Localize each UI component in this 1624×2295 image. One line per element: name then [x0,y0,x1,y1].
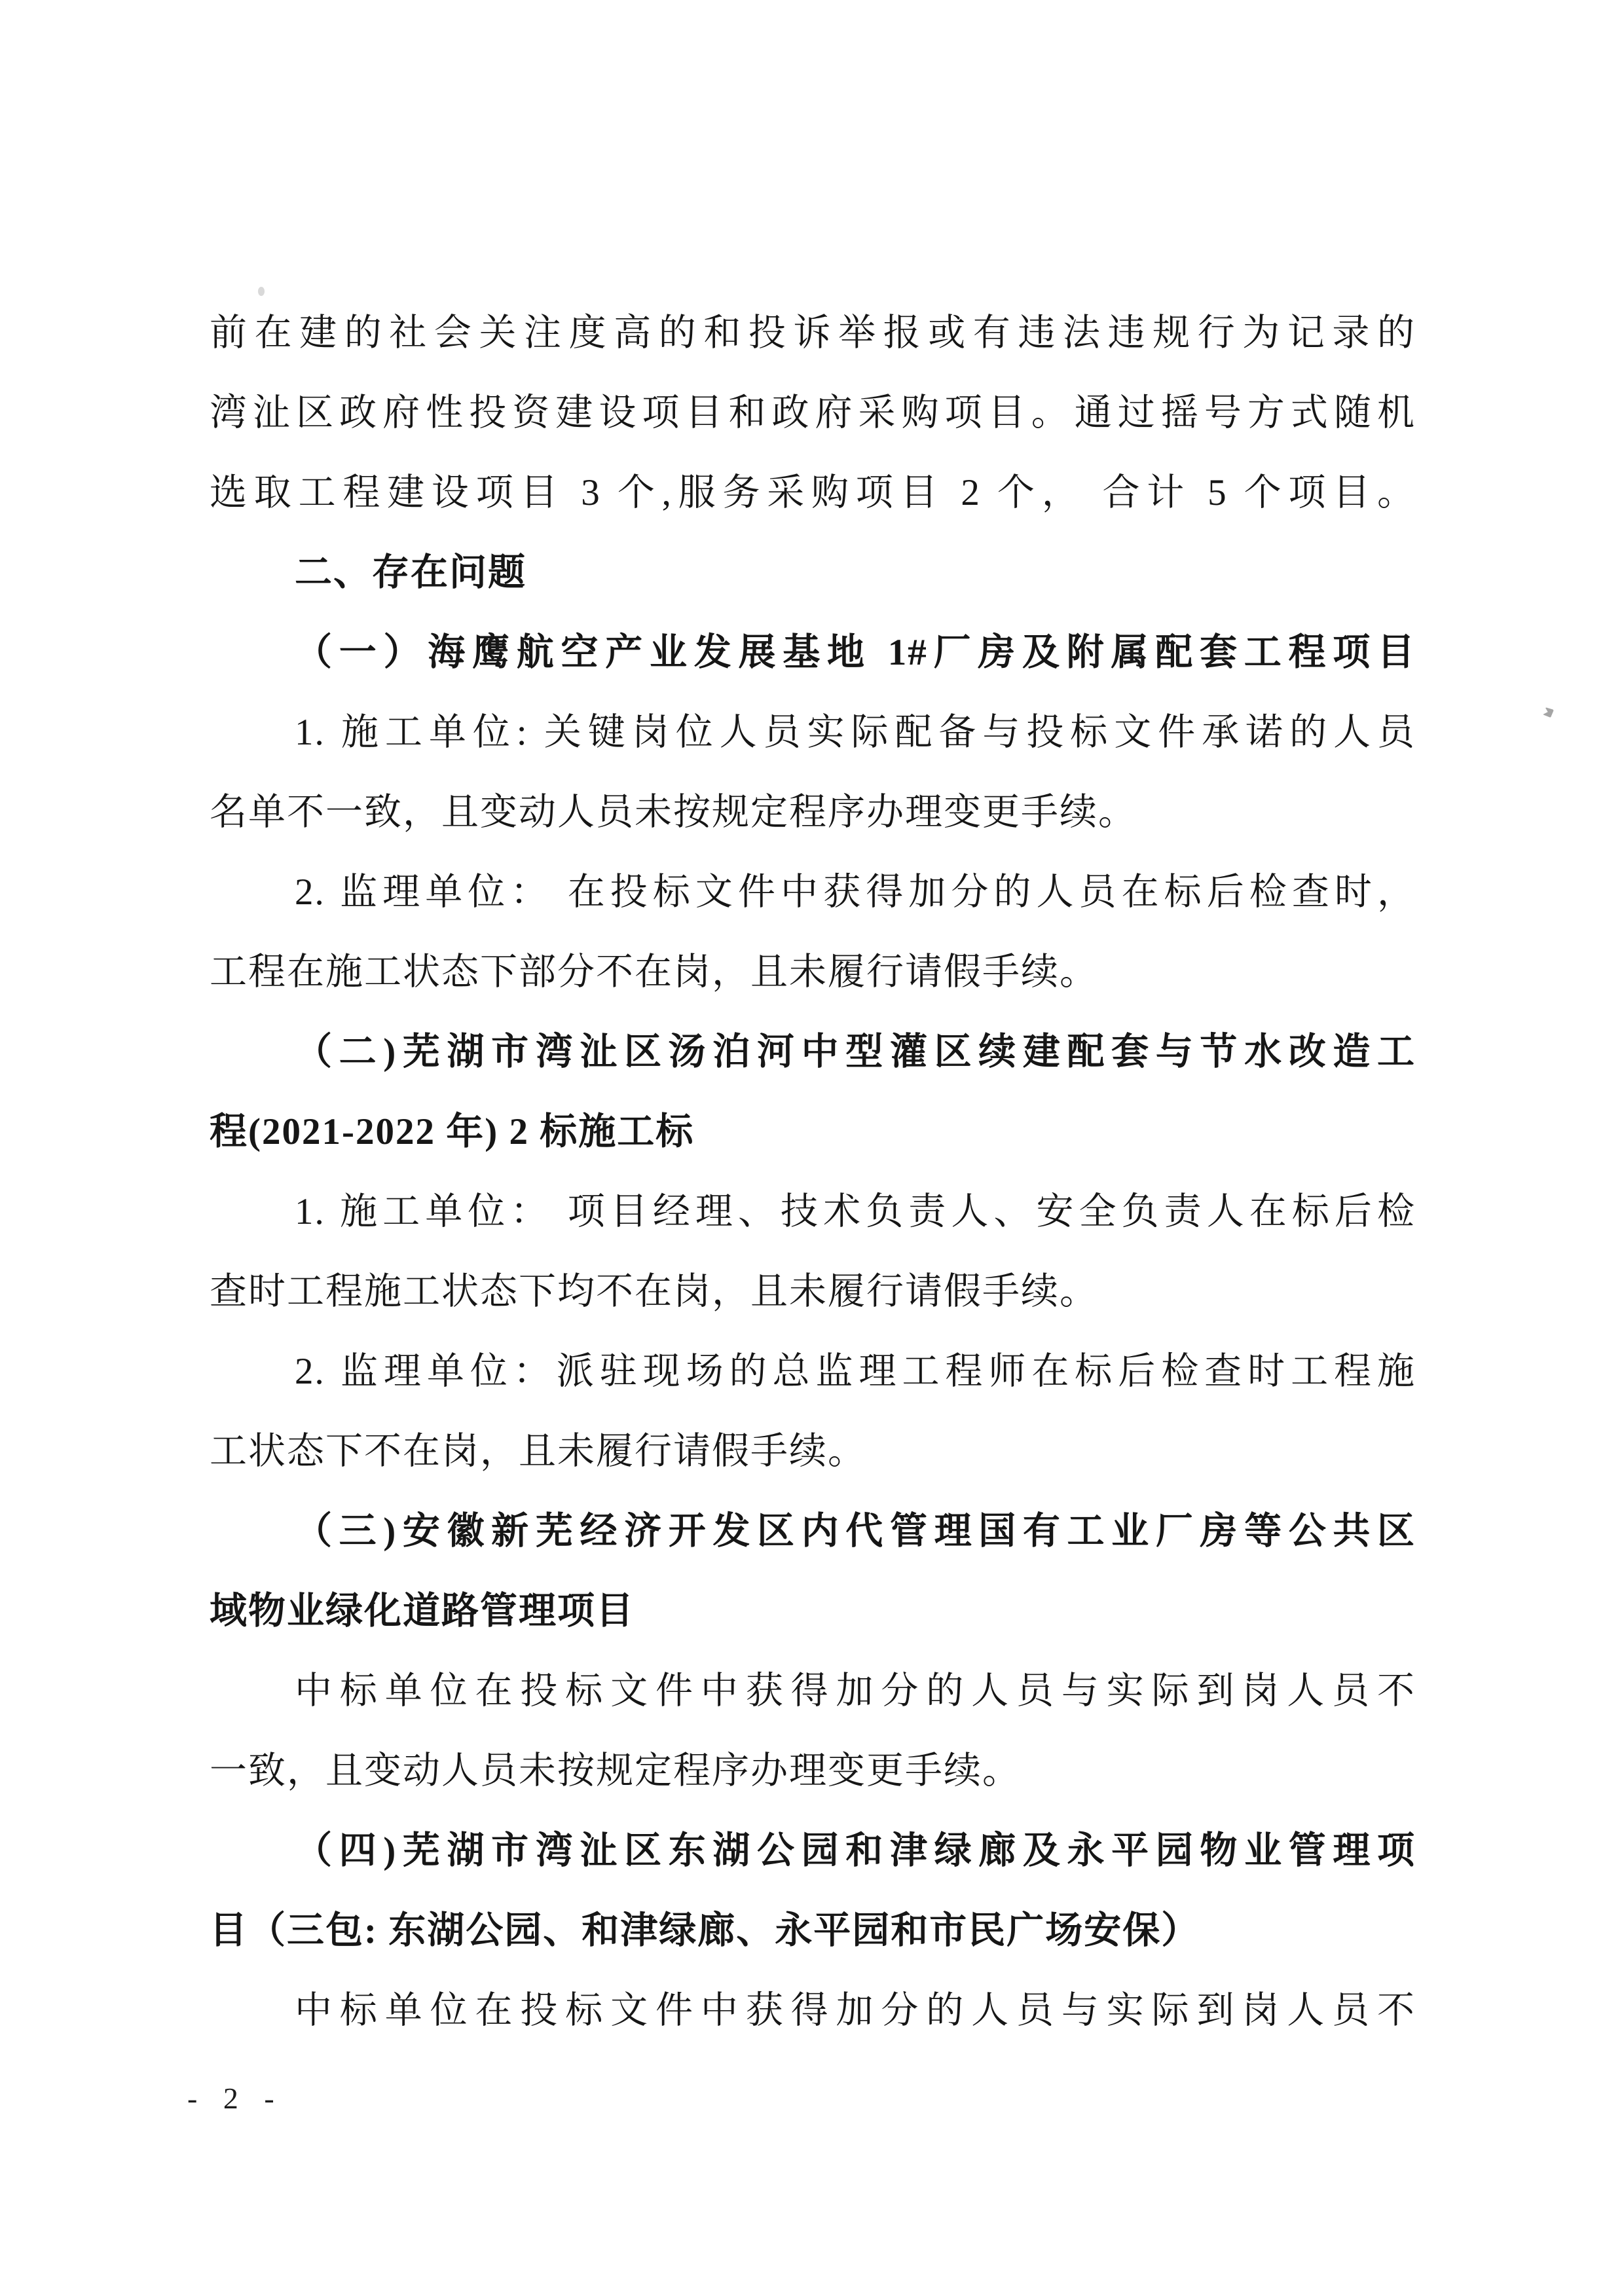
section-heading-problems: 二、存在问题 [210,533,1416,613]
doc-line-1: 前在建的社会关注度高的和投诉举报或有违法违规行为记录的 [210,293,1416,373]
scan-artifact-top [258,287,265,296]
document-body: 前在建的社会关注度高的和投诉举报或有违法违规行为记录的 湾沚区政府性投资建设项目… [210,293,1416,2051]
doc-line-14: 2. 监理单位：派驻现场的总监理工程师在标后检查时工程施 [210,1332,1416,1412]
doc-line-6: 1. 施工单位: 关键岗位人员实际配备与投标文件承诺的人员 [210,693,1416,773]
doc-line-2: 湾沚区政府性投资建设项目和政府采购项目。通过摇号方式随机 [210,373,1416,453]
scanned-document-page: 前在建的社会关注度高的和投诉举报或有违法违规行为记录的 湾沚区政府性投资建设项目… [0,0,1624,2295]
doc-line-9: 工程在施工状态下部分不在岗，且未履行请假手续。 [210,932,1416,1012]
subsection-heading-4: （四)芜湖市湾沚区东湖公园和津绿廊及永平园物业管理项 [210,1811,1416,1891]
scan-artifact-right [1543,707,1554,718]
subsection-heading-3: （三)安徽新芜经济开发区内代管理国有工业厂房等公共区 [210,1492,1416,1571]
subsection-heading-2: （二)芜湖市湾沚区汤泊河中型灌区续建配套与节水改造工 [210,1012,1416,1092]
doc-line-22: 中标单位在投标文件中获得加分的人员与实际到岗人员不 [210,1971,1416,2051]
subsection-heading-3-cont: 域物业绿化道路管理项目 [210,1571,1416,1651]
subsection-heading-1: （一）海鹰航空产业发展基地 1#厂房及附属配套工程项目 [210,613,1416,693]
subsection-heading-4-cont: 目（三包: 东湖公园、和津绿廊、永平园和市民广场安保） [210,1891,1416,1971]
doc-line-7: 名单不一致，且变动人员未按规定程序办理变更手续。 [210,773,1416,853]
doc-line-19: 一致，且变动人员未按规定程序办理变更手续。 [210,1731,1416,1811]
doc-line-13: 查时工程施工状态下均不在岗，且未履行请假手续。 [210,1252,1416,1332]
doc-line-15: 工状态下不在岗，且未履行请假手续。 [210,1412,1416,1492]
page-number: - 2 - [187,2081,284,2116]
doc-line-12: 1. 施工单位： 项目经理、技术负责人、安全负责人在标后检 [210,1172,1416,1252]
doc-line-8: 2. 监理单位： 在投标文件中获得加分的人员在标后检查时， [210,853,1416,932]
doc-line-18: 中标单位在投标文件中获得加分的人员与实际到岗人员不 [210,1651,1416,1731]
doc-line-3: 选取工程建设项目 3 个,服务采购项目 2 个， 合计 5 个项目。 [210,453,1416,533]
subsection-heading-2-cont: 程(2021-2022 年) 2 标施工标 [210,1092,1416,1172]
